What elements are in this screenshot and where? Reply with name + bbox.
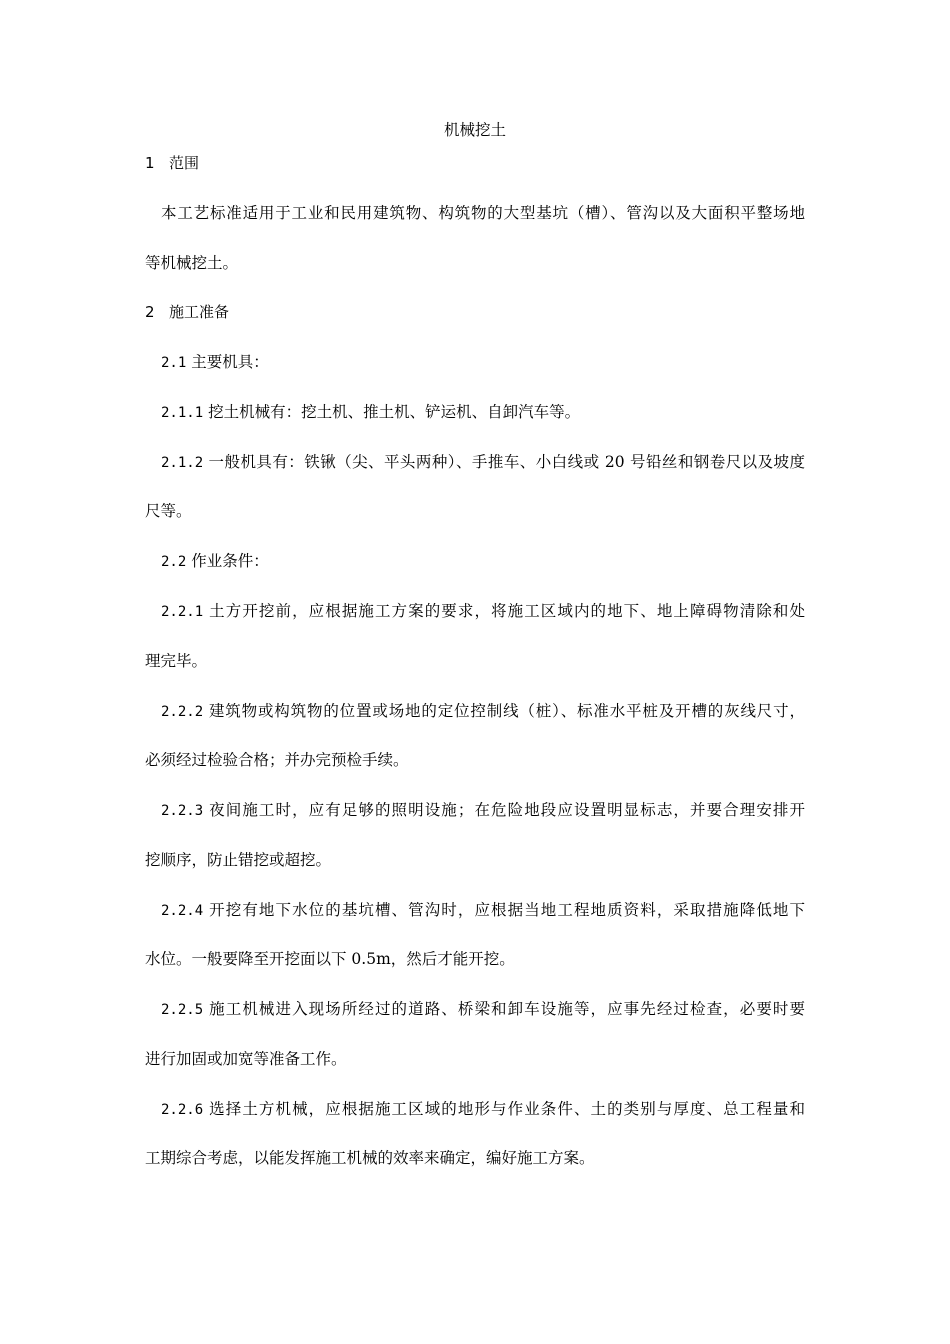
item-text: 夜间施工时，应有足够的照明设施；在危险地段应设置明显标志，并要合理安排开 bbox=[209, 801, 805, 819]
item-2-2-3-line2: 挖顺序，防止错挖或超挖。 bbox=[145, 850, 331, 870]
document-title: 机械挖土 bbox=[0, 120, 950, 140]
item-2-2-3-line1: 2.2.3 夜间施工时，应有足够的照明设施；在危险地段应设置明显标志，并要合理安… bbox=[161, 800, 805, 821]
item-text: 建筑物或构筑物的位置或场地的定位控制线（桩）、标准水平桩及开槽的灰线尺寸， bbox=[209, 702, 805, 720]
item-2-2-2-line2: 必须经过检验合格；并办完预检手续。 bbox=[145, 750, 409, 770]
item-label: 2.2 bbox=[161, 554, 186, 570]
item-2-2-5-line1: 2.2.5 施工机械进入现场所经过的道路、桥梁和卸车设施等，应事先经过检查，必要… bbox=[161, 999, 805, 1020]
section-heading-2: 2施工准备 bbox=[145, 302, 229, 322]
item-label: 2.2.6 bbox=[161, 1102, 203, 1118]
item-2-2-4-line2: 水位。一般要降至开挖面以下 0.5m，然后才能开挖。 bbox=[145, 949, 515, 969]
item-text: 选择土方机械，应根据施工区域的地形与作业条件、土的类别与厚度、总工程量和 bbox=[209, 1100, 805, 1118]
item-2-1: 2.1 主要机具： bbox=[161, 352, 269, 373]
item-label: 2.2.1 bbox=[161, 604, 203, 620]
item-2-1-1: 2.1.1 挖土机械有：挖土机、推土机、铲运机、自卸汽车等。 bbox=[161, 402, 580, 423]
item-text: 开挖有地下水位的基坑槽、管沟时，应根据当地工程地质资料，采取措施降低地下 bbox=[209, 901, 805, 919]
paragraph-scope-line1: 本工艺标准适用于工业和民用建筑物、构筑物的大型基坑（槽）、管沟以及大面积平整场地 bbox=[161, 203, 805, 223]
item-label: 2.2.4 bbox=[161, 903, 203, 919]
item-text: 作业条件： bbox=[191, 552, 269, 570]
section-number: 1 bbox=[145, 153, 169, 173]
item-text: 主要机具： bbox=[191, 353, 269, 371]
item-label: 2.1 bbox=[161, 355, 186, 371]
item-text: 挖土机械有：挖土机、推土机、铲运机、自卸汽车等。 bbox=[208, 403, 580, 421]
item-2-1-2-line1: 2.1.2 一般机具有：铁锹（尖、平头两种）、手推车、小白线或 20 号铅丝和钢… bbox=[161, 452, 805, 473]
item-2-2-4-line1: 2.2.4 开挖有地下水位的基坑槽、管沟时，应根据当地工程地质资料，采取措施降低… bbox=[161, 900, 805, 921]
item-label: 2.2.3 bbox=[161, 803, 203, 819]
item-2-2-1-line1: 2.2.1 土方开挖前，应根据施工方案的要求，将施工区域内的地下、地上障碍物清除… bbox=[161, 601, 805, 622]
document-page: 机械挖土 1范围 本工艺标准适用于工业和民用建筑物、构筑物的大型基坑（槽）、管沟… bbox=[0, 0, 950, 1344]
item-text: 施工机械进入现场所经过的道路、桥梁和卸车设施等，应事先经过检查，必要时要 bbox=[209, 1000, 805, 1018]
item-label: 2.2.5 bbox=[161, 1002, 203, 1018]
paragraph-scope-line2: 等机械挖土。 bbox=[145, 253, 238, 273]
item-label: 2.1.1 bbox=[161, 405, 203, 421]
section-title: 施工准备 bbox=[169, 303, 229, 321]
item-2-2-6-line1: 2.2.6 选择土方机械，应根据施工区域的地形与作业条件、土的类别与厚度、总工程… bbox=[161, 1099, 805, 1120]
item-label: 2.1.2 bbox=[161, 455, 203, 471]
item-text: 一般机具有：铁锹（尖、平头两种）、手推车、小白线或 20 号铅丝和钢卷尺以及坡度 bbox=[209, 453, 805, 471]
section-number: 2 bbox=[145, 302, 169, 322]
item-2-1-2-line2: 尺等。 bbox=[145, 501, 192, 521]
item-2-2-2-line1: 2.2.2 建筑物或构筑物的位置或场地的定位控制线（桩）、标准水平桩及开槽的灰线… bbox=[161, 701, 805, 722]
section-heading-1: 1范围 bbox=[145, 153, 199, 173]
item-2-2-1-line2: 理完毕。 bbox=[145, 651, 207, 671]
item-2-2: 2.2 作业条件： bbox=[161, 551, 269, 572]
item-2-2-6-line2: 工期综合考虑，以能发挥施工机械的效率来确定，编好施工方案。 bbox=[145, 1148, 595, 1168]
item-label: 2.2.2 bbox=[161, 704, 203, 720]
section-title: 范围 bbox=[169, 154, 199, 172]
item-text: 土方开挖前，应根据施工方案的要求，将施工区域内的地下、地上障碍物清除和处 bbox=[209, 602, 805, 620]
item-2-2-5-line2: 进行加固或加宽等准备工作。 bbox=[145, 1049, 347, 1069]
